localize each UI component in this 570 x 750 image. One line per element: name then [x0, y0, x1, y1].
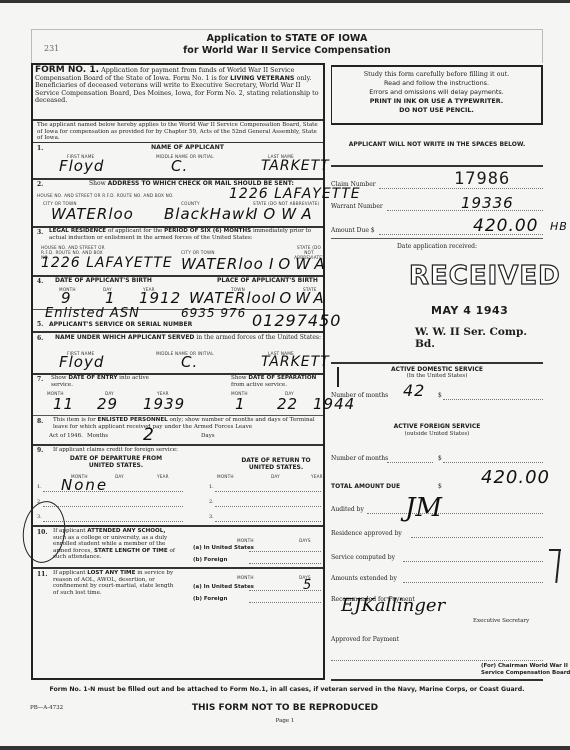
section-2-prefix: Show	[89, 180, 106, 187]
form-title-line1: Application to STATE OF IOWA	[32, 33, 542, 45]
executive-secretary-label: Executive Secretary	[473, 618, 529, 624]
reproduction-warning: THIS FORM NOT TO BE REPRODUCED	[0, 703, 570, 713]
departure-row-1-label: 1.	[37, 484, 42, 490]
school-days-label: DAYS	[299, 538, 311, 543]
enlisted-asn-note: Enlisted ASN	[45, 306, 140, 321]
section-3-number: 3.	[37, 229, 43, 236]
serial-number-heading: APPLICANT'S SERVICE OR SERIAL NUMBER	[49, 321, 192, 328]
received-stamp-board: W. W. II Ser. Comp. Bd.	[415, 326, 543, 350]
total-amount-label: TOTAL AMOUNT DUE	[331, 483, 400, 490]
school-month-label: MONTH	[237, 538, 254, 543]
amounts-extended-label: Amounts extended by	[331, 575, 397, 582]
leave-months-label: Months	[87, 433, 108, 439]
serial-number[interactable]: 01297450	[252, 311, 341, 330]
preamble: The applicant named below hereby applies…	[37, 122, 321, 142]
mailing-county[interactable]: BlackHawk	[164, 205, 255, 223]
school-foreign-label: (b) Foreign	[193, 557, 227, 563]
section-9-number: 9.	[37, 447, 43, 454]
departure-year-label: YEAR	[157, 474, 169, 479]
total-currency: $	[438, 483, 442, 490]
document-page: Application to STATE OF IOWA for World W…	[0, 0, 570, 750]
chairman-label: (For) Chairman World War II	[481, 663, 568, 669]
departure-row-1-line	[43, 491, 183, 492]
section-11-text: If applicant LOST ANY TIME in service by…	[53, 570, 175, 596]
section-3-text-b: of applicant for the	[108, 228, 162, 234]
residence-city[interactable]: WATERloo	[181, 255, 264, 273]
form-header: Application to STATE OF IOWA for World W…	[31, 29, 543, 63]
divider	[33, 525, 323, 527]
lost-us-label: (a) In United States	[193, 584, 254, 590]
instructions-box: Study this form carefully before filling…	[331, 65, 543, 125]
audited-by-line	[367, 513, 543, 514]
sep-prefix: Show	[231, 375, 247, 381]
service-computed-label: Service computed by	[331, 554, 395, 561]
page-number: Page 1	[0, 718, 570, 724]
separation-day[interactable]: 22	[277, 395, 298, 413]
instruction-study: Study this form carefully before filling…	[332, 70, 541, 79]
section-11-number: 11.	[37, 571, 47, 578]
departure-heading: DATE OF DEPARTURE FROM UNITED STATES.	[61, 456, 171, 469]
residence-state[interactable]: IOWA	[269, 255, 330, 273]
applicant-last-name[interactable]: TARKETT	[261, 158, 330, 174]
return-month-label: MONTH	[217, 474, 234, 479]
departure-day-label: DAY	[115, 474, 124, 479]
divider	[33, 415, 323, 416]
divider	[33, 567, 323, 569]
leave-months[interactable]: 2	[143, 425, 155, 445]
birth-place-heading: PLACE OF APPLICANT'S BIRTH	[217, 277, 318, 284]
form-body: FORM NO. 1. Application for payment from…	[31, 63, 543, 680]
lost-month-label: MONTH	[237, 575, 254, 580]
return-day-label: DAY	[271, 474, 280, 479]
school-foreign-line[interactable]	[249, 563, 321, 564]
claim-number[interactable]: 17986	[454, 169, 510, 189]
residence-street[interactable]: 1226 LAFAYETTE	[41, 255, 173, 271]
domestic-months-label: Number of months	[331, 392, 388, 399]
divider	[331, 679, 543, 681]
entry-month[interactable]: 11	[53, 395, 74, 413]
entry-year[interactable]: 1939	[143, 395, 185, 413]
entry-title: DATE OF ENTRY	[68, 375, 117, 381]
return-row-3-line	[215, 521, 321, 522]
birth-state[interactable]: IOWA	[271, 289, 328, 307]
return-row-3-label: 3.	[209, 514, 214, 520]
return-row-2-line	[215, 506, 321, 507]
separation-month[interactable]: 1	[235, 395, 246, 413]
lost-time-heading: LOST ANY TIME	[87, 570, 135, 576]
lost-us-line[interactable]	[249, 590, 321, 591]
instruction-ink: PRINT IN INK OR USE A TYPEWRITER.	[332, 97, 541, 106]
return-year-label: YEAR	[311, 474, 323, 479]
section-3-title: LEGAL RESIDENCE of applicant for the PER…	[49, 228, 321, 241]
received-stamp-date: MAY 4 1943	[431, 304, 508, 317]
audit-initials: JM	[405, 493, 442, 523]
section-8-number: 8.	[37, 418, 43, 425]
scan-edge-top	[0, 0, 570, 3]
amount-due[interactable]: 420.00	[473, 216, 538, 236]
foreign-service-heading: ACTIVE FOREIGN SERVICE	[331, 423, 543, 430]
section-5-number: 5.	[37, 321, 43, 328]
school-us-line[interactable]	[249, 551, 321, 552]
form-title-line2: for World War II Service Compensation	[32, 45, 542, 57]
attended-school-heading: ATTENDED ANY SCHOOL,	[87, 528, 165, 534]
section-8-text: This item is for ENLISTED PERSONNEL only…	[53, 417, 323, 430]
domestic-currency: $	[438, 392, 442, 399]
board-label: Service Compensation Board	[481, 670, 570, 676]
warrant-number-label: Warrant Number	[331, 203, 383, 210]
section-11-text-a: If applicant	[53, 570, 85, 576]
section-7-number: 7.	[37, 376, 43, 383]
mailing-state[interactable]: IOWA	[253, 205, 318, 223]
foreign-months-label: Number of months	[331, 455, 388, 462]
foreign-amount-line	[443, 462, 543, 463]
return-row-1-line	[215, 491, 321, 492]
section-6-rest: in the armed forces of the United States…	[196, 334, 321, 341]
domestic-service-sub: (In the United States)	[331, 373, 543, 379]
date-received-label: Date application received:	[331, 243, 543, 250]
divider	[331, 238, 543, 239]
warrant-number[interactable]: 19336	[461, 194, 514, 212]
divider	[33, 142, 323, 143]
served-middle-initial[interactable]: C.	[181, 353, 198, 371]
domestic-amount-line	[443, 399, 543, 400]
approved-label: Approved for Payment	[331, 636, 399, 643]
executive-signature: EJKallinger	[341, 595, 445, 616]
scan-edge-bottom	[0, 746, 570, 750]
return-heading: DATE OF RETURN TO UNITED STATES.	[231, 458, 321, 471]
section-8-text-a: This item is for	[53, 417, 96, 423]
sep-title: DATE OF SEPARATION	[248, 375, 316, 381]
legal-residence-heading: LEGAL RESIDENCE	[49, 228, 106, 234]
residence-approved-label: Residence approved by	[331, 530, 402, 537]
lost-foreign-line[interactable]	[249, 602, 321, 603]
period-heading: PERIOD OF SIX (6) MONTHS	[164, 228, 251, 234]
section-1-number: 1.	[37, 145, 43, 152]
section-1-title: NAME OF APPLICANT	[151, 144, 224, 151]
applicant-first-name[interactable]: Floyd	[59, 157, 104, 175]
departure-row-2-line	[43, 506, 183, 507]
entry-prefix: Show	[51, 375, 67, 381]
enlisted-personnel-heading: ENLISTED PERSONNEL	[98, 417, 168, 423]
birth-day[interactable]: 1	[105, 289, 116, 307]
residence-approved-line	[411, 537, 543, 538]
office-use-heading: APPLICANT WILL NOT WRITE IN THE SPACES B…	[331, 141, 543, 149]
entry-date-heading: Show DATE OF ENTRY into active service.	[51, 375, 151, 388]
sep-rest: from active service.	[231, 382, 287, 388]
ghost-number: 231	[44, 44, 59, 53]
school-us-label: (a) In United States	[193, 545, 254, 551]
birth-year[interactable]: 1912	[139, 289, 181, 307]
birth-date-heading: DATE OF APPLICANT'S BIRTH	[55, 277, 152, 284]
navy-notice: Form No. 1-N must be filled out and be a…	[31, 686, 543, 693]
section-10-text-a: If applicant	[53, 528, 85, 534]
audited-by-label: Audited by	[331, 506, 364, 513]
served-name-heading: NAME UNDER WHICH APPLICANT SERVED	[55, 334, 194, 341]
amount-due-label: Amount Due $	[331, 227, 375, 234]
instruction-errors: Errors and omissions will delay payments…	[332, 88, 541, 97]
section-6-title: NAME UNDER WHICH APPLICANT SERVED in the…	[55, 334, 321, 341]
section-10-number: 10.	[37, 529, 47, 536]
instruction-read: Read and follow the instructions.	[332, 79, 541, 88]
service-computed-line	[403, 561, 543, 562]
leave-act-label: Act of 1946.	[49, 433, 83, 439]
birth-town[interactable]: WATERloo	[189, 289, 272, 307]
served-last-name[interactable]: TARKETT	[261, 354, 330, 370]
foreign-months-line	[387, 462, 433, 463]
domestic-service-heading: ACTIVE DOMESTIC SERVICE	[331, 366, 543, 373]
enlisted-asn-number: 6935 976	[181, 306, 246, 320]
return-row-2-label: 2.	[209, 499, 214, 505]
section-2-number: 2.	[37, 181, 43, 188]
received-stamp: RECEIVED	[409, 261, 561, 291]
handwritten-seven-bar	[549, 549, 561, 551]
section-4-number: 4.	[37, 278, 43, 285]
section-6-number: 6.	[37, 335, 43, 342]
divider	[331, 362, 543, 364]
length-of-time-heading: STATE LENGTH OF TIME	[94, 548, 168, 554]
leave-days-label: Days	[201, 433, 215, 439]
section-10-text: If applicant ATTENDED ANY SCHOOL, such a…	[53, 528, 175, 561]
foreign-service-text: If applicant claims credit for foreign s…	[53, 447, 178, 453]
form-instructions: FORM NO. 1. Application for payment from…	[35, 67, 321, 105]
total-amount-due[interactable]: 420.00	[481, 467, 550, 488]
claim-number-label: Claim Number	[331, 181, 376, 188]
birth-month[interactable]: 9	[61, 289, 72, 307]
divider	[33, 119, 323, 121]
foreign-service-sub: (outside United States)	[331, 431, 543, 437]
divider	[33, 331, 323, 333]
lost-foreign-label: (b) Foreign	[193, 596, 227, 602]
handwritten-seven	[555, 549, 561, 583]
entry-day[interactable]: 29	[97, 395, 118, 413]
served-first-name[interactable]: Floyd	[59, 353, 104, 371]
foreign-currency: $	[438, 455, 442, 462]
mailing-city[interactable]: WATERloo	[51, 205, 134, 223]
separation-date-heading: Show DATE OF SEPARATION from active serv…	[231, 375, 326, 388]
instruction-no-pencil: DO NOT USE PENCIL.	[332, 106, 541, 115]
amount-initials: HB	[550, 220, 568, 233]
office-use-column: Study this form carefully before filling…	[331, 63, 543, 680]
domestic-months[interactable]: 42	[403, 381, 425, 400]
applicant-middle-initial[interactable]: C.	[171, 157, 188, 175]
chairman-signature-line	[331, 660, 543, 661]
amounts-extended-line	[403, 582, 543, 583]
return-row-1-label: 1.	[209, 484, 214, 490]
divider	[33, 444, 323, 446]
divider	[331, 165, 543, 167]
street-label: HOUSE NO. AND STREET OR R.F.D. ROUTE NO.…	[37, 193, 174, 198]
